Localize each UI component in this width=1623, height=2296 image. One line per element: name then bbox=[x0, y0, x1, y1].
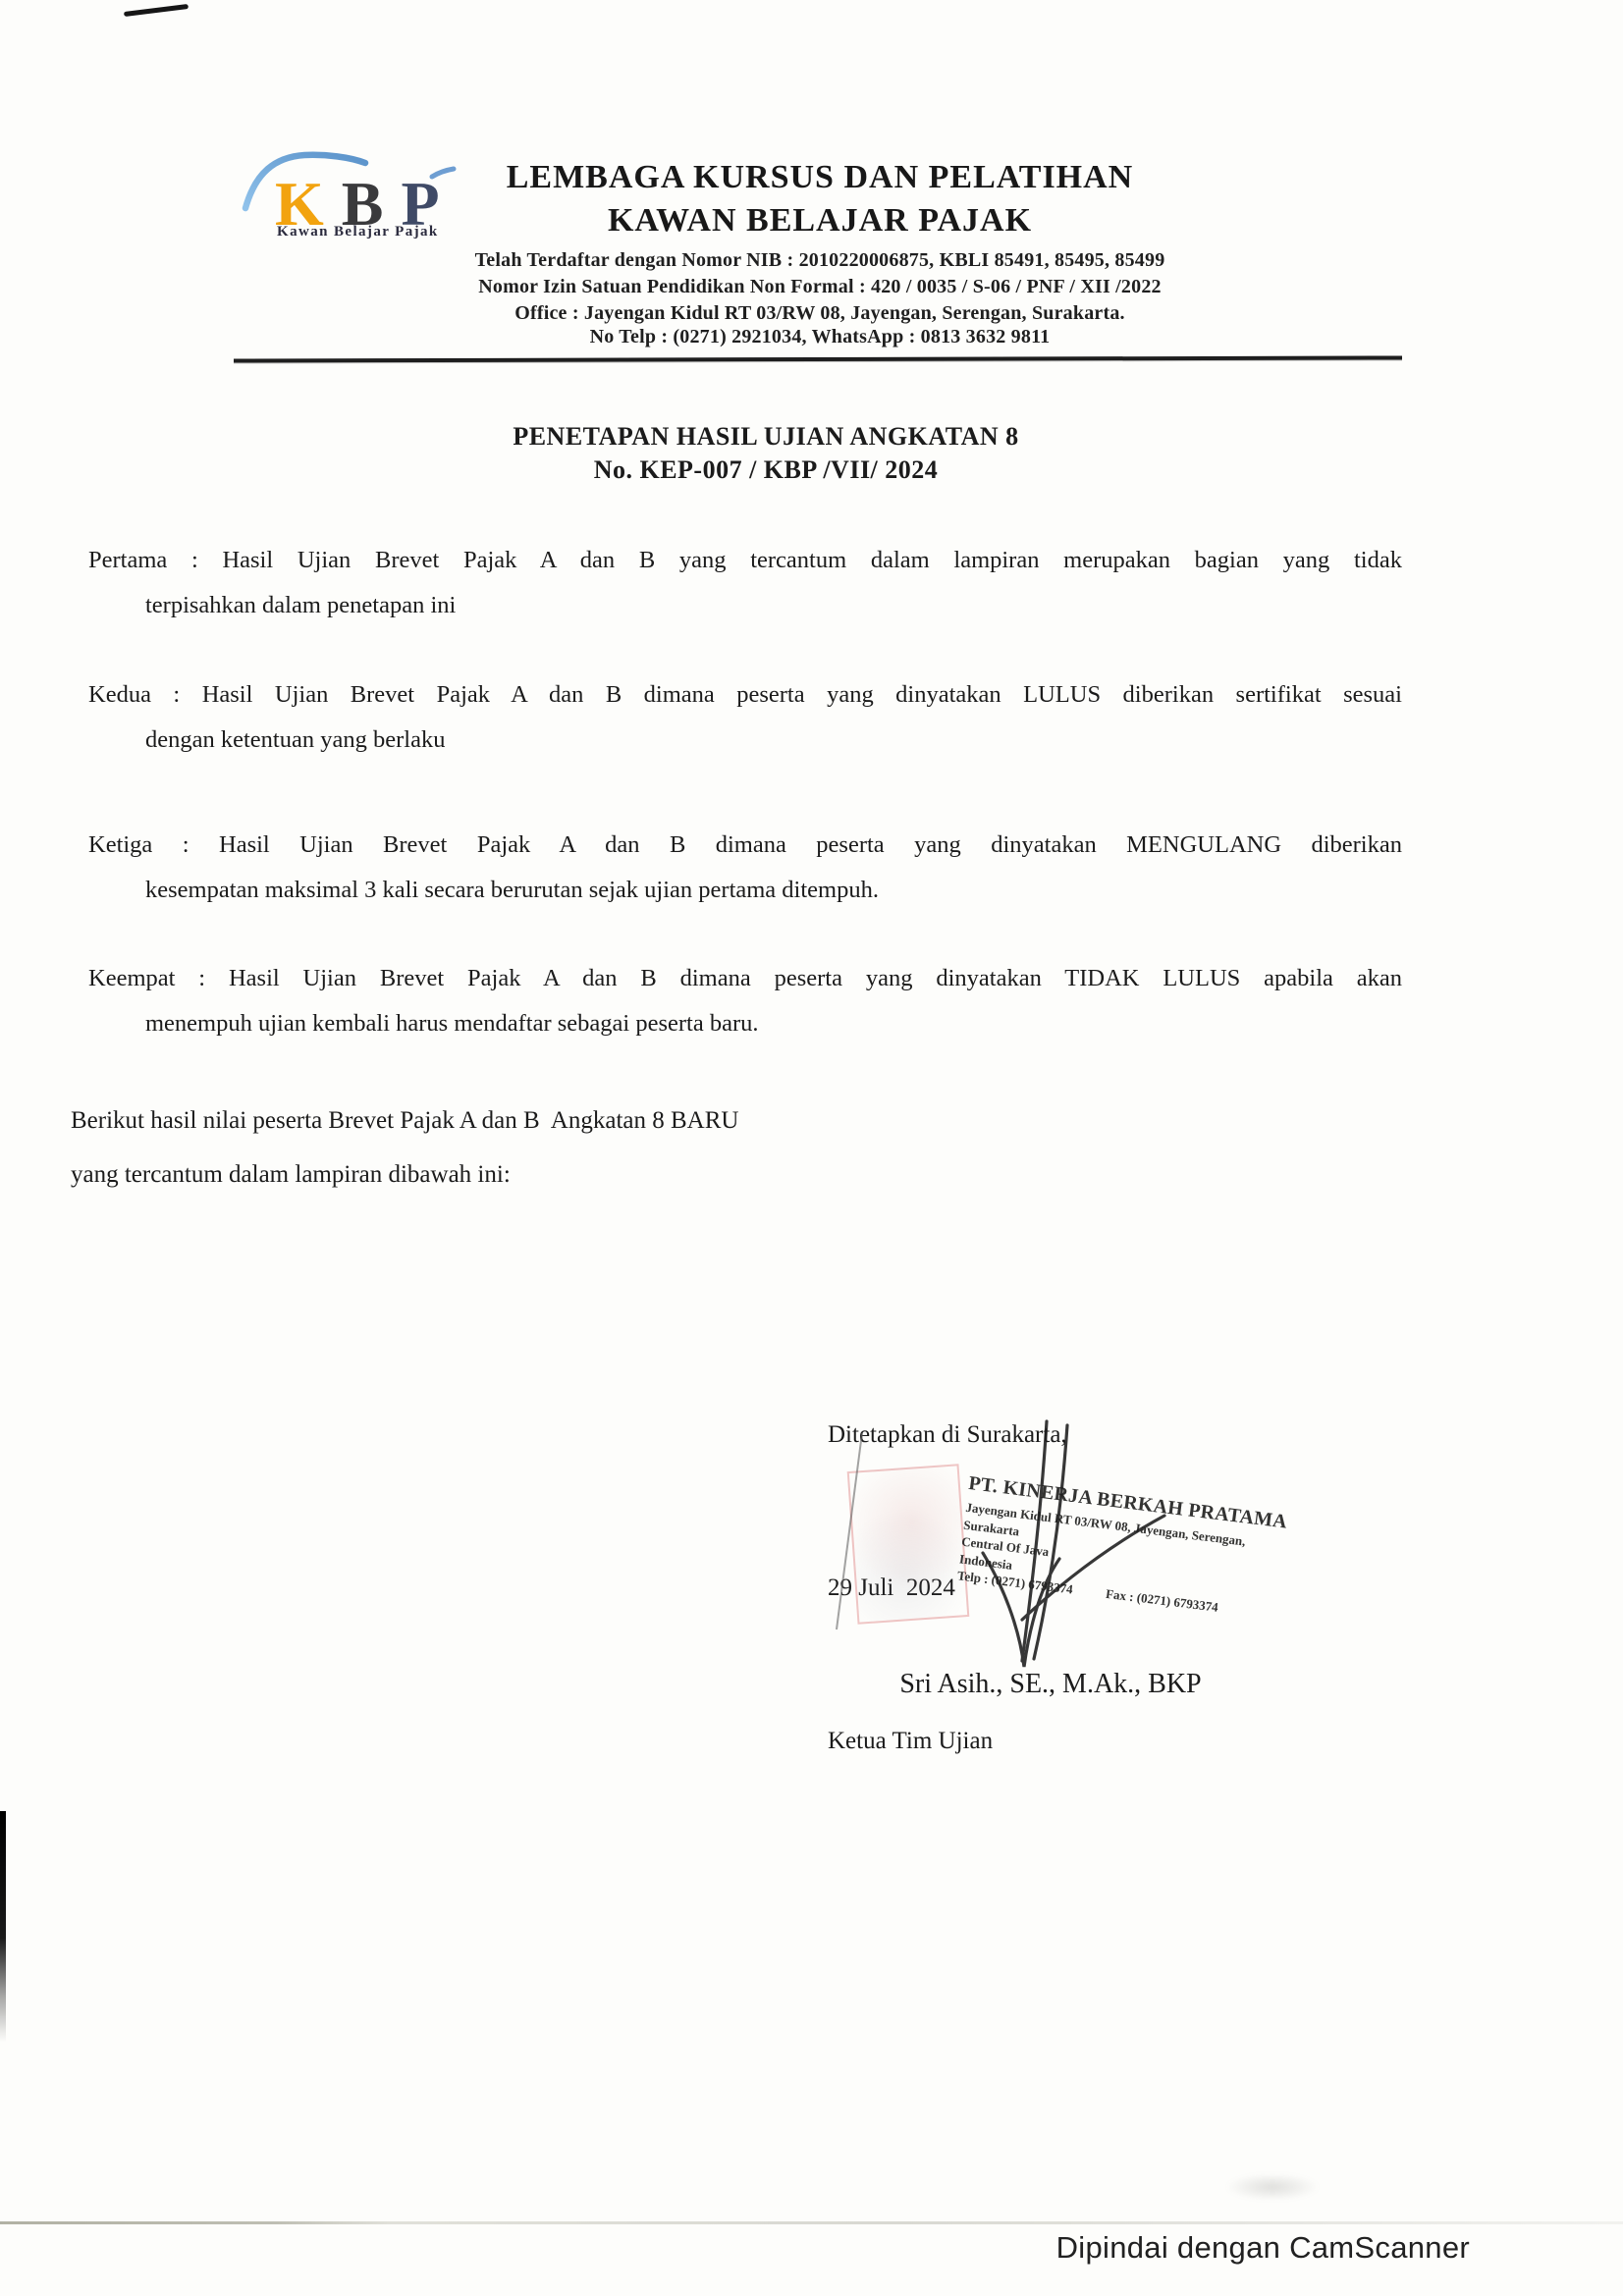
letterhead-divider bbox=[234, 355, 1402, 362]
contact-line: No Telp : (0271) 2921034, WhatsApp : 081… bbox=[280, 326, 1360, 348]
clause-ketiga: Ketiga : Hasil Ujian Brevet Pajak A dan … bbox=[88, 823, 1402, 913]
scan-left-edge-artifact bbox=[0, 1811, 6, 2042]
clause-pertama-line1: Pertama : Hasil Ujian Brevet Pajak A dan… bbox=[88, 538, 1402, 583]
document-title-line1: PENETAPAN HASIL UJIAN ANGKATAN 8 bbox=[275, 420, 1257, 454]
org-name-line1: LEMBAGA KURSUS DAN PELATIHAN bbox=[280, 159, 1360, 196]
document-title: PENETAPAN HASIL UJIAN ANGKATAN 8 No. KEP… bbox=[275, 420, 1257, 487]
clause-keempat-line1: Keempat : Hasil Ujian Brevet Pajak A dan… bbox=[88, 956, 1402, 1001]
clause-pertama: Pertama : Hasil Ujian Brevet Pajak A dan… bbox=[88, 538, 1402, 628]
clause-ketiga-line1: Ketiga : Hasil Ujian Brevet Pajak A dan … bbox=[88, 823, 1402, 868]
company-stamp: PT. KINERJA BERKAH PRATAMA Jayengan Kidu… bbox=[815, 1374, 1365, 1698]
signature-strokes bbox=[815, 1374, 1365, 1698]
clause-kedua-line1: Kedua : Hasil Ujian Brevet Pajak A dan B… bbox=[88, 672, 1402, 718]
clause-pertama-line2: terpisahkan dalam penetapan ini bbox=[145, 583, 1402, 628]
clause-keempat: Keempat : Hasil Ujian Brevet Pajak A dan… bbox=[88, 956, 1402, 1046]
document-number: No. KEP-007 / KBP /VII/ 2024 bbox=[275, 454, 1257, 487]
closing-line1: Berikut hasil nilai peserta Brevet Pajak… bbox=[71, 1107, 738, 1135]
scanned-document-page: KBP Kawan Belajar Pajak LEMBAGA KURSUS D… bbox=[0, 0, 1623, 2296]
signing-role: Ketua Tim Ujian bbox=[828, 1716, 1067, 1767]
clause-ketiga-line2: kesempatan maksimal 3 kali secara beruru… bbox=[145, 868, 1402, 913]
office-line: Office : Jayengan Kidul RT 03/RW 08, Jay… bbox=[280, 302, 1360, 325]
closing-line2: yang tercantum dalam lampiran dibawah in… bbox=[71, 1161, 511, 1189]
scan-smudge bbox=[1225, 2173, 1320, 2201]
org-name-line2: KAWAN BELAJAR PAJAK bbox=[280, 202, 1360, 240]
registration-line1: Telah Terdaftar dengan Nomor NIB : 20102… bbox=[280, 249, 1360, 272]
signatory-name: Sri Asih., SE., M.Ak., BKP bbox=[805, 1669, 1296, 1700]
pen-mark-artifact bbox=[124, 4, 189, 17]
clause-kedua-line2: dengan ketentuan yang berlaku bbox=[145, 718, 1402, 763]
clause-keempat-line2: menempuh ujian kembali harus mendaftar s… bbox=[145, 1001, 1402, 1046]
scan-page-edge-line bbox=[0, 2221, 1623, 2224]
clause-kedua: Kedua : Hasil Ujian Brevet Pajak A dan B… bbox=[88, 672, 1402, 763]
scanner-credit: Dipindai dengan CamScanner bbox=[1056, 2230, 1470, 2266]
registration-line2: Nomor Izin Satuan Pendidikan Non Formal … bbox=[280, 276, 1360, 298]
